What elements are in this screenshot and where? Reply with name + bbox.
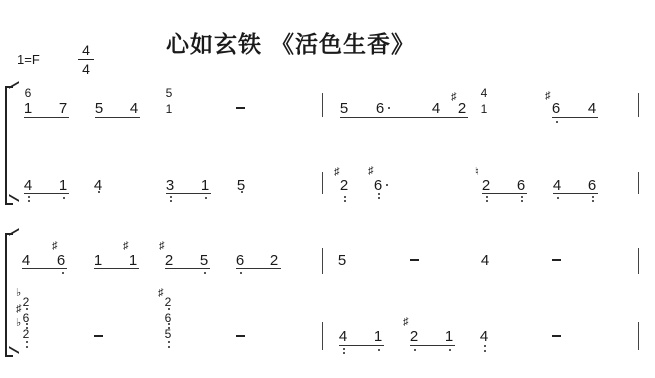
note: 1 (58, 178, 68, 193)
note: 6 (23, 86, 33, 101)
note: 4 (431, 101, 441, 116)
note: 4 (479, 329, 489, 344)
note: 4 (23, 178, 33, 193)
octave-dot (344, 196, 346, 198)
sharp-icon: ♯ (403, 317, 409, 328)
octave-dot (557, 197, 559, 199)
sharp-icon: ♯ (368, 166, 374, 177)
note: 4 (480, 253, 490, 268)
octave-dot (592, 200, 594, 202)
sharp-icon: ♯ (52, 241, 58, 252)
octave-dot (204, 272, 206, 274)
sustain-dash (552, 335, 561, 337)
octave-dot (449, 349, 451, 351)
note: 6 (551, 101, 561, 116)
note: 2 (269, 253, 279, 268)
note: 2 (21, 327, 31, 342)
note: 1 (444, 329, 454, 344)
note: 5 (199, 253, 209, 268)
beam-underline (236, 268, 281, 269)
octave-dot (486, 196, 488, 198)
octave-dot (414, 349, 416, 351)
beam-underline (22, 268, 67, 269)
octave-dot (484, 350, 486, 352)
note: 4 (129, 101, 139, 116)
octave-dot (486, 200, 488, 202)
sharp-icon: ♯ (334, 167, 340, 178)
octave-dot (344, 200, 346, 202)
augmentation-dot (388, 107, 390, 109)
note: 4 (338, 329, 348, 344)
octave-dot (592, 196, 594, 198)
sustain-dash (552, 259, 561, 261)
barline (322, 93, 323, 117)
beam-underline (165, 268, 210, 269)
flat-icon: ♭ (16, 318, 21, 329)
octave-dot (205, 197, 207, 199)
beam-underline (339, 345, 384, 346)
sustain-dash (236, 107, 245, 109)
barline (322, 322, 323, 350)
octave-dot (62, 272, 64, 274)
note: 1 (479, 102, 489, 117)
octave-dot (28, 196, 30, 198)
octave-dot (378, 349, 380, 351)
sharp-icon: ♯ (16, 304, 22, 315)
octave-dot (63, 197, 65, 199)
note: 5 (339, 101, 349, 116)
note: 1 (164, 102, 174, 117)
octave-dot (26, 341, 28, 343)
octave-dot (343, 352, 345, 354)
beam-underline (24, 193, 69, 194)
barline (322, 172, 323, 194)
note: 6 (587, 178, 597, 193)
barline (322, 248, 323, 274)
note: 1 (93, 253, 103, 268)
note: 5 (164, 86, 174, 101)
note: 3 (165, 178, 175, 193)
note: 1 (200, 178, 210, 193)
sustain-dash (410, 259, 419, 261)
octave-dot (521, 196, 523, 198)
note: 2 (409, 329, 419, 344)
octave-dot (168, 308, 170, 310)
note: 1 (23, 101, 33, 116)
octave-dot (26, 327, 28, 329)
note: 1 (373, 329, 383, 344)
octave-dot (241, 191, 243, 193)
beam-underline (166, 193, 211, 194)
beam-underline (94, 268, 139, 269)
system-brace-icon (5, 233, 13, 357)
beam-underline (410, 345, 455, 346)
octave-dot (170, 196, 172, 198)
note: 7 (58, 101, 68, 116)
beam-underline (95, 117, 140, 118)
octave-dot (168, 323, 170, 325)
octave-dot (378, 193, 380, 195)
note: 6 (235, 253, 245, 268)
beam-underline (553, 193, 598, 194)
score-title: 心如玄铁 《活色生香》 (166, 26, 415, 59)
note: 2 (457, 101, 467, 116)
flat-icon: ♭ (16, 288, 21, 299)
note: 4 (479, 86, 489, 101)
sharp-icon: ♯ (158, 288, 164, 299)
time-signature-top: 4 (78, 42, 94, 58)
augmentation-dot (386, 184, 388, 186)
octave-dot (168, 341, 170, 343)
note: 2 (481, 178, 491, 193)
barline (638, 93, 639, 117)
time-signature: 4 4 (78, 42, 94, 77)
octave-dot (168, 327, 170, 329)
octave-dot (28, 200, 30, 202)
barline (638, 172, 639, 194)
sharp-icon: ♯ (159, 241, 165, 252)
octave-dot (168, 346, 170, 348)
beam-underline (340, 117, 468, 118)
sharp-icon: ♯ (123, 241, 129, 252)
sharp-icon: ♯ (545, 91, 551, 102)
note: 1 (128, 253, 138, 268)
barline (638, 248, 639, 274)
note: 5 (163, 327, 173, 342)
octave-dot (343, 348, 345, 350)
beam-underline (482, 193, 527, 194)
octave-dot (240, 272, 242, 274)
note: 2 (164, 253, 174, 268)
note: 6 (375, 101, 385, 116)
key-signature: 1=F (17, 52, 40, 67)
note: 6 (373, 178, 383, 193)
octave-dot (26, 323, 28, 325)
octave-dot (378, 197, 380, 199)
note: 5 (94, 101, 104, 116)
time-signature-bottom: 4 (78, 61, 94, 77)
octave-dot (98, 191, 100, 193)
sharp-icon: ♯ (451, 92, 457, 103)
octave-dot (521, 200, 523, 202)
note: 2 (339, 178, 349, 193)
octave-dot (170, 200, 172, 202)
note: 6 (516, 178, 526, 193)
natural-icon: ♮ (475, 167, 479, 178)
octave-dot (484, 345, 486, 347)
note: 4 (21, 253, 31, 268)
beam-underline (24, 117, 69, 118)
octave-dot (556, 121, 558, 123)
time-signature-divider (78, 59, 94, 60)
note: 6 (56, 253, 66, 268)
barline (638, 322, 639, 350)
system-brace-icon (5, 86, 13, 205)
sustain-dash (94, 335, 103, 337)
note: 4 (587, 101, 597, 116)
note: 5 (337, 253, 347, 268)
octave-dot (26, 308, 28, 310)
note: 4 (552, 178, 562, 193)
beam-underline (552, 117, 598, 118)
octave-dot (26, 346, 28, 348)
sustain-dash (236, 335, 245, 337)
